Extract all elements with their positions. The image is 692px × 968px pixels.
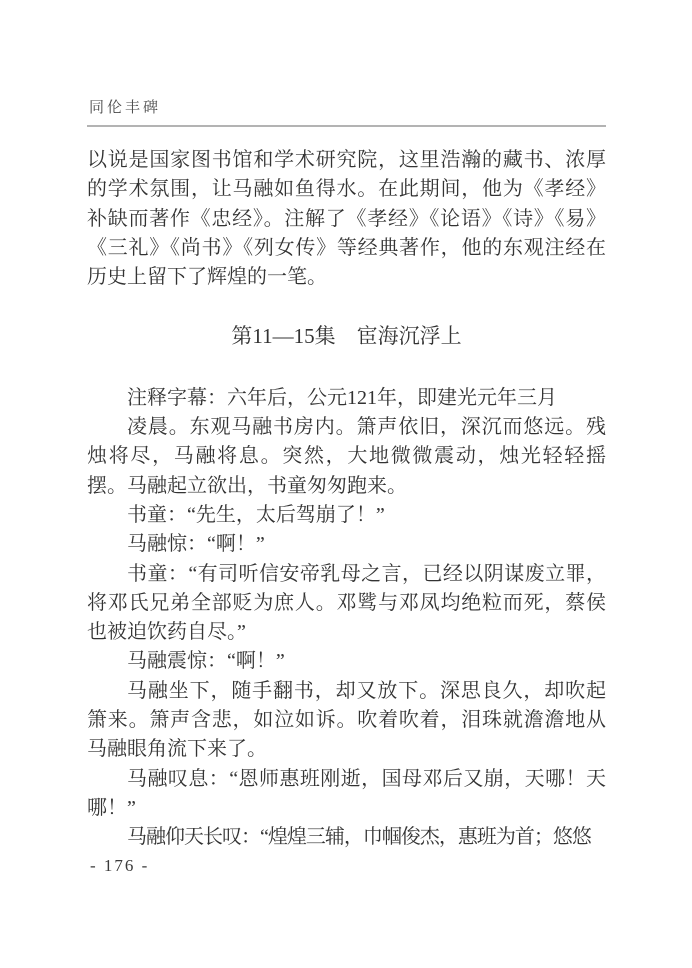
body-paragraph: 马融叹息：“恩师惠班刚逝，国母邓后又崩，天哪！天哪！”: [87, 765, 606, 824]
body-paragraph: 注释字幕：六年后，公元121年，即建光元年三月: [87, 384, 606, 413]
body-paragraph: 凌晨。东观马融书房内。箫声依旧，深沉而悠远。残烛将尽，马融将息。突然，大地微微震…: [87, 413, 606, 501]
book-page: 同伦丰碑 以说是国家图书馆和学术研究院，这里浩瀚的藏书、浓厚的学术氛围，让马融如…: [0, 0, 692, 968]
page-number: - 176 -: [90, 856, 149, 876]
body-paragraph: 马融惊：“啊！”: [87, 530, 606, 559]
section-heading: 第11—15集 宦海沉浮上: [87, 322, 606, 351]
header-rule: [87, 125, 606, 127]
body-paragraph: 书童：“先生，太后驾崩了！”: [87, 501, 606, 530]
body-paragraph: 马融震惊：“啊！”: [87, 647, 606, 676]
body-paragraph: 马融坐下，随手翻书，却又放下。深思良久，却吹起箫来。箫声含悲，如泣如诉。吹着吹着…: [87, 677, 606, 765]
page-body: 以说是国家图书馆和学术研究院，这里浩瀚的藏书、浓厚的学术氛围，让马融如鱼得水。在…: [87, 146, 606, 853]
running-header: 同伦丰碑: [89, 96, 161, 117]
body-paragraph: 马融仰天长叹：“煌煌三辅，巾帼俊杰，惠班为首；悠悠: [87, 823, 606, 852]
body-paragraph: 书童：“有司听信安帝乳母之言，已经以阴谋废立罪，将邓氏兄弟全部贬为庶人。邓骘与邓…: [87, 560, 606, 648]
body-paragraph: 以说是国家图书馆和学术研究院，这里浩瀚的藏书、浓厚的学术氛围，让马融如鱼得水。在…: [87, 146, 606, 292]
